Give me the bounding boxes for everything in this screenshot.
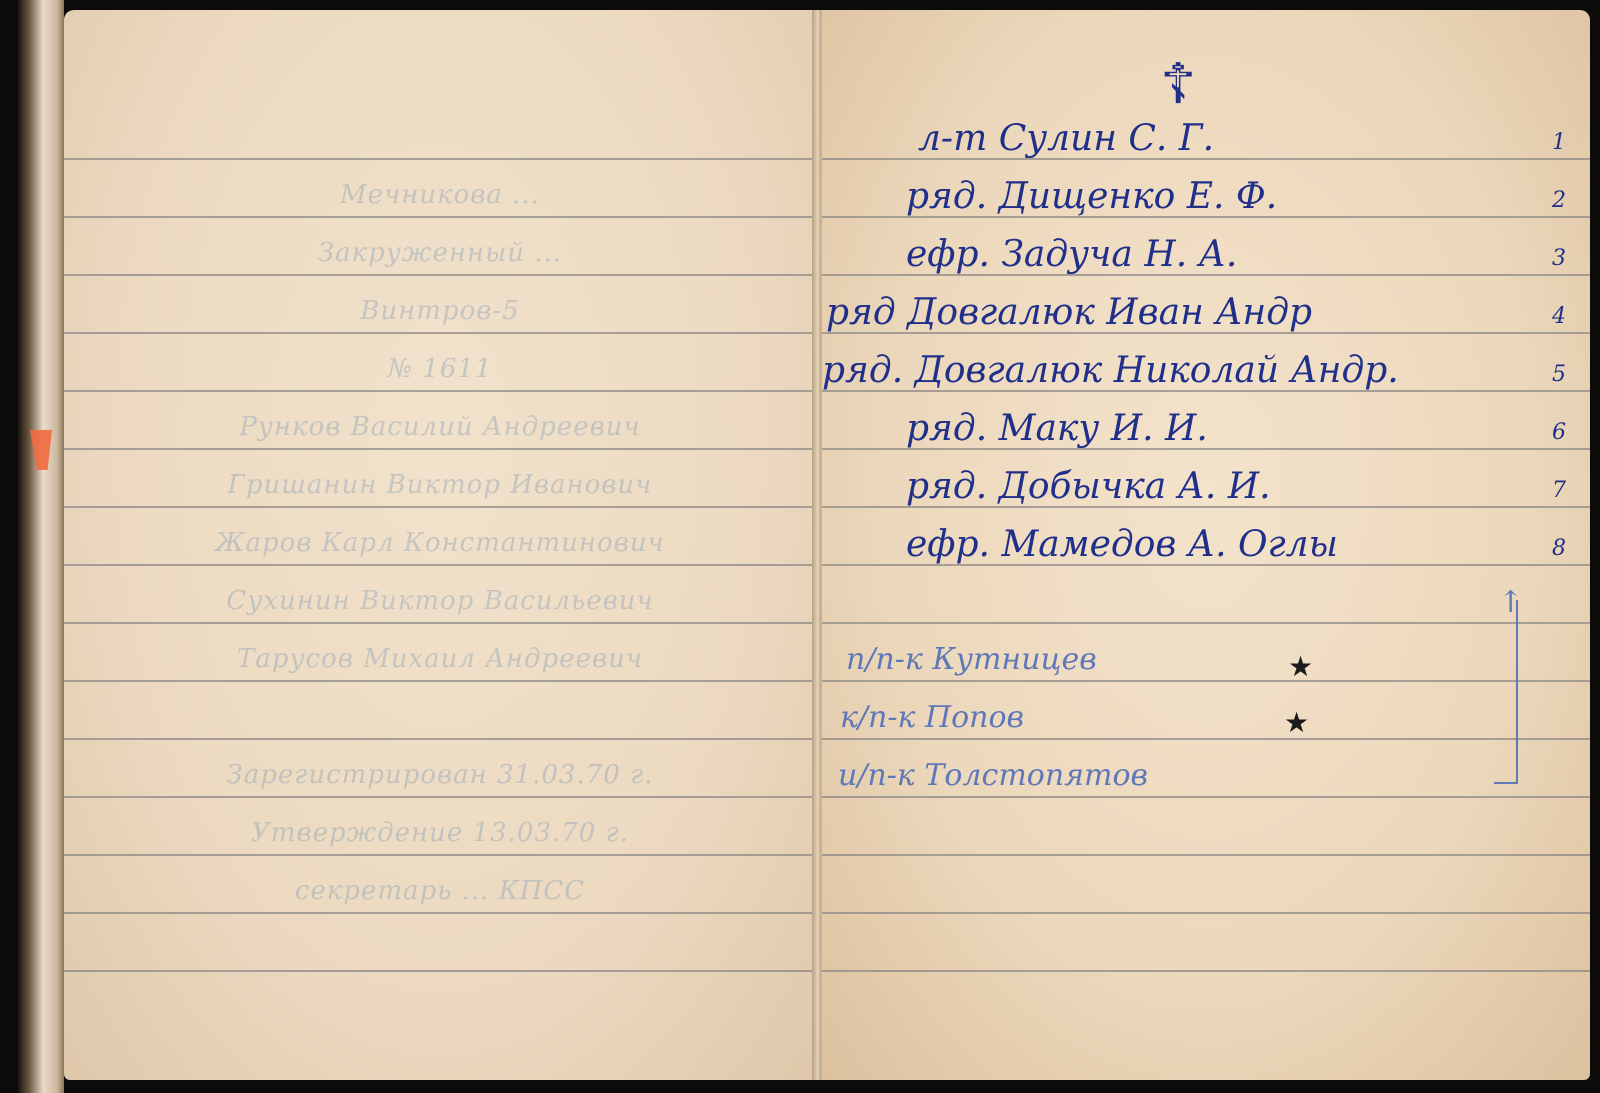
commander-entry: п/п-к Кутницев — [846, 642, 1097, 677]
roster-entry: ряд. Маку И. И. — [906, 408, 1208, 449]
bleed-through-text: секретарь ... КПСС — [64, 876, 816, 906]
roster-entry: ряд. Добычка А. И. — [906, 466, 1271, 507]
rank: ефр. — [906, 524, 990, 565]
bleed-through-text: Мечникова ... — [64, 180, 816, 210]
up-arrow-icon: ↑ — [1498, 588, 1523, 618]
commander-name: Попов — [925, 700, 1024, 735]
rank: ефр. — [906, 234, 990, 275]
entry-number: 4 — [1552, 304, 1566, 329]
rank: ряд. — [822, 350, 903, 391]
ruled-line — [822, 796, 1590, 798]
ruled-line — [64, 796, 816, 798]
roster-entry: ефр. Мамедов А. Оглы — [906, 524, 1338, 565]
commander-name: Толстопятов — [924, 758, 1148, 793]
entry-number: 8 — [1552, 536, 1566, 561]
star-icon: ★ — [1284, 706, 1309, 739]
entry-number: 7 — [1552, 478, 1566, 503]
rank: ряд. — [906, 176, 987, 217]
bracket-line — [1494, 600, 1518, 784]
roster-entry: ряд. Довгалюк Николай Андр. — [822, 350, 1399, 391]
ruled-line — [64, 622, 816, 624]
entry-number: 6 — [1552, 420, 1566, 445]
roster-entry: л-т Сулин С. Г. — [918, 118, 1214, 159]
commander-entry: к/п-к Попов — [840, 700, 1024, 735]
ruled-line — [822, 970, 1590, 972]
bleed-through-text: Тарусов Михаил Андреевич — [64, 644, 816, 674]
ruled-line — [64, 332, 816, 334]
roster-entry: ряд. Дищенко Е. Ф. — [906, 176, 1277, 217]
ruled-line — [64, 854, 816, 856]
soldier-name: Сулин С. Г. — [999, 118, 1214, 159]
rank: ряд. — [906, 466, 987, 507]
soldier-name: Дищенко Е. Ф. — [999, 176, 1278, 217]
ruled-line — [64, 680, 816, 682]
rank: и/п-к — [838, 758, 915, 793]
soldier-name: Маку И. И. — [999, 408, 1208, 449]
commander-name: Кутницев — [932, 642, 1096, 677]
ruled-line — [822, 622, 1590, 624]
bleed-through-text: Сухинин Виктор Васильевич — [64, 586, 816, 616]
bleed-through-text: Гришанин Виктор Иванович — [64, 470, 816, 500]
roster-entry: ефр. Задуча Н. А. — [906, 234, 1237, 275]
ruled-line — [64, 158, 816, 160]
right-page: ☦ л-т Сулин С. Г. 1 ряд. Дищенко Е. Ф. 2… — [822, 10, 1590, 1080]
ruled-line — [822, 912, 1590, 914]
bleed-through-text: Утверждение 13.03.70 г. — [64, 818, 816, 848]
bleed-through-text: Закруженный ... — [64, 238, 816, 268]
ruled-line — [64, 448, 816, 450]
notebook-spine-edge — [18, 0, 64, 1093]
star-icon: ★ — [1288, 650, 1313, 683]
ruled-line — [64, 970, 816, 972]
soldier-name: Добычка А. И. — [999, 466, 1271, 507]
entry-number: 5 — [1552, 362, 1566, 387]
rank: ряд. — [906, 408, 987, 449]
ruled-line — [822, 738, 1590, 740]
ruled-line — [64, 216, 816, 218]
ruled-line — [64, 506, 816, 508]
rank: п/п-к — [846, 642, 923, 677]
bleed-through-text: Жаров Карл Константинович — [64, 528, 816, 558]
ruled-line — [64, 738, 816, 740]
ruled-line — [822, 680, 1590, 682]
entry-number: 2 — [1552, 188, 1566, 213]
rank: л-т — [918, 118, 987, 159]
soldier-name: Довгалюк Николай Андр. — [915, 350, 1399, 391]
entry-number: 3 — [1552, 246, 1566, 271]
rank: ряд — [826, 292, 896, 333]
soldier-name: Мамедов А. Оглы — [1001, 524, 1337, 565]
ruled-line — [822, 854, 1590, 856]
bleed-through-text: Зарегистрирован 31.03.70 г. — [64, 760, 816, 790]
rank: к/п-к — [840, 700, 915, 735]
ruled-line — [64, 274, 816, 276]
ruled-line — [64, 564, 816, 566]
commander-entry: и/п-к Толстопятов — [838, 758, 1148, 793]
entry-number: 1 — [1552, 130, 1566, 155]
ruled-line — [64, 390, 816, 392]
roster-entry: ряд Довгалюк Иван Андр — [826, 292, 1312, 333]
soldier-name: Задуча Н. А. — [1001, 234, 1237, 275]
ruled-line — [64, 912, 816, 914]
left-page: Мечникова ... Закруженный ... Винтров-5 … — [64, 10, 816, 1080]
bleed-through-text: Рунков Василий Андреевич — [64, 412, 816, 442]
orthodox-cross-icon: ☦ — [1160, 52, 1196, 117]
bleed-through-text: № 1611 — [64, 354, 816, 384]
soldier-name: Довгалюк Иван Андр — [907, 292, 1312, 333]
bleed-through-text: Винтров-5 — [64, 296, 816, 326]
